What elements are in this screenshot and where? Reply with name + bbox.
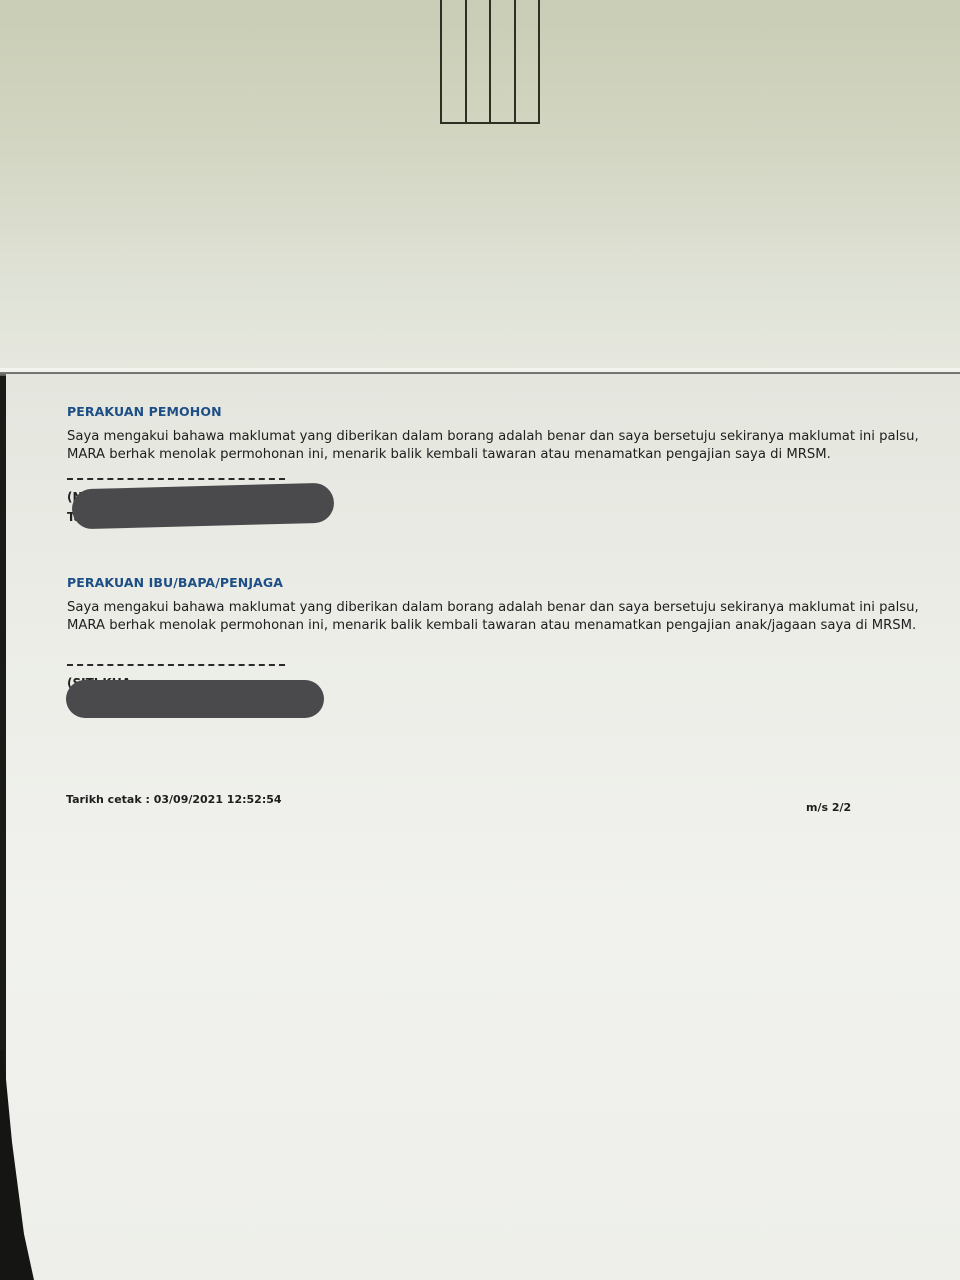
- grid-cell: [442, 0, 467, 122]
- section-title-parent: PERAKUAN IBU/BAPA/PENJAGA: [67, 575, 283, 590]
- print-date: Tarikh cetak : 03/09/2021 12:52:54: [66, 793, 282, 806]
- redaction-parent: [66, 680, 324, 718]
- grid-cell: [491, 0, 516, 122]
- grid-cell: [516, 0, 539, 122]
- declaration-line-2: MARA berhak menolak permohonan ini, mena…: [67, 617, 947, 634]
- signature-line-applicant: [67, 478, 285, 480]
- declaration-line-1: Saya mengakui bahawa maklumat yang diber…: [67, 599, 947, 616]
- redaction-applicant: [72, 483, 335, 530]
- declaration-line-1: Saya mengakui bahawa maklumat yang diber…: [67, 428, 947, 445]
- grid-cell: [467, 0, 492, 122]
- page-number: m/s 2/2: [806, 801, 851, 814]
- declaration-line-2: MARA berhak menolak permohonan ini, mena…: [67, 446, 947, 463]
- signature-line-parent: [67, 664, 285, 666]
- section-title-applicant: PERAKUAN PEMOHON: [67, 404, 222, 419]
- stamp-grid-box: [440, 0, 540, 124]
- folded-top-sheet: [0, 0, 960, 372]
